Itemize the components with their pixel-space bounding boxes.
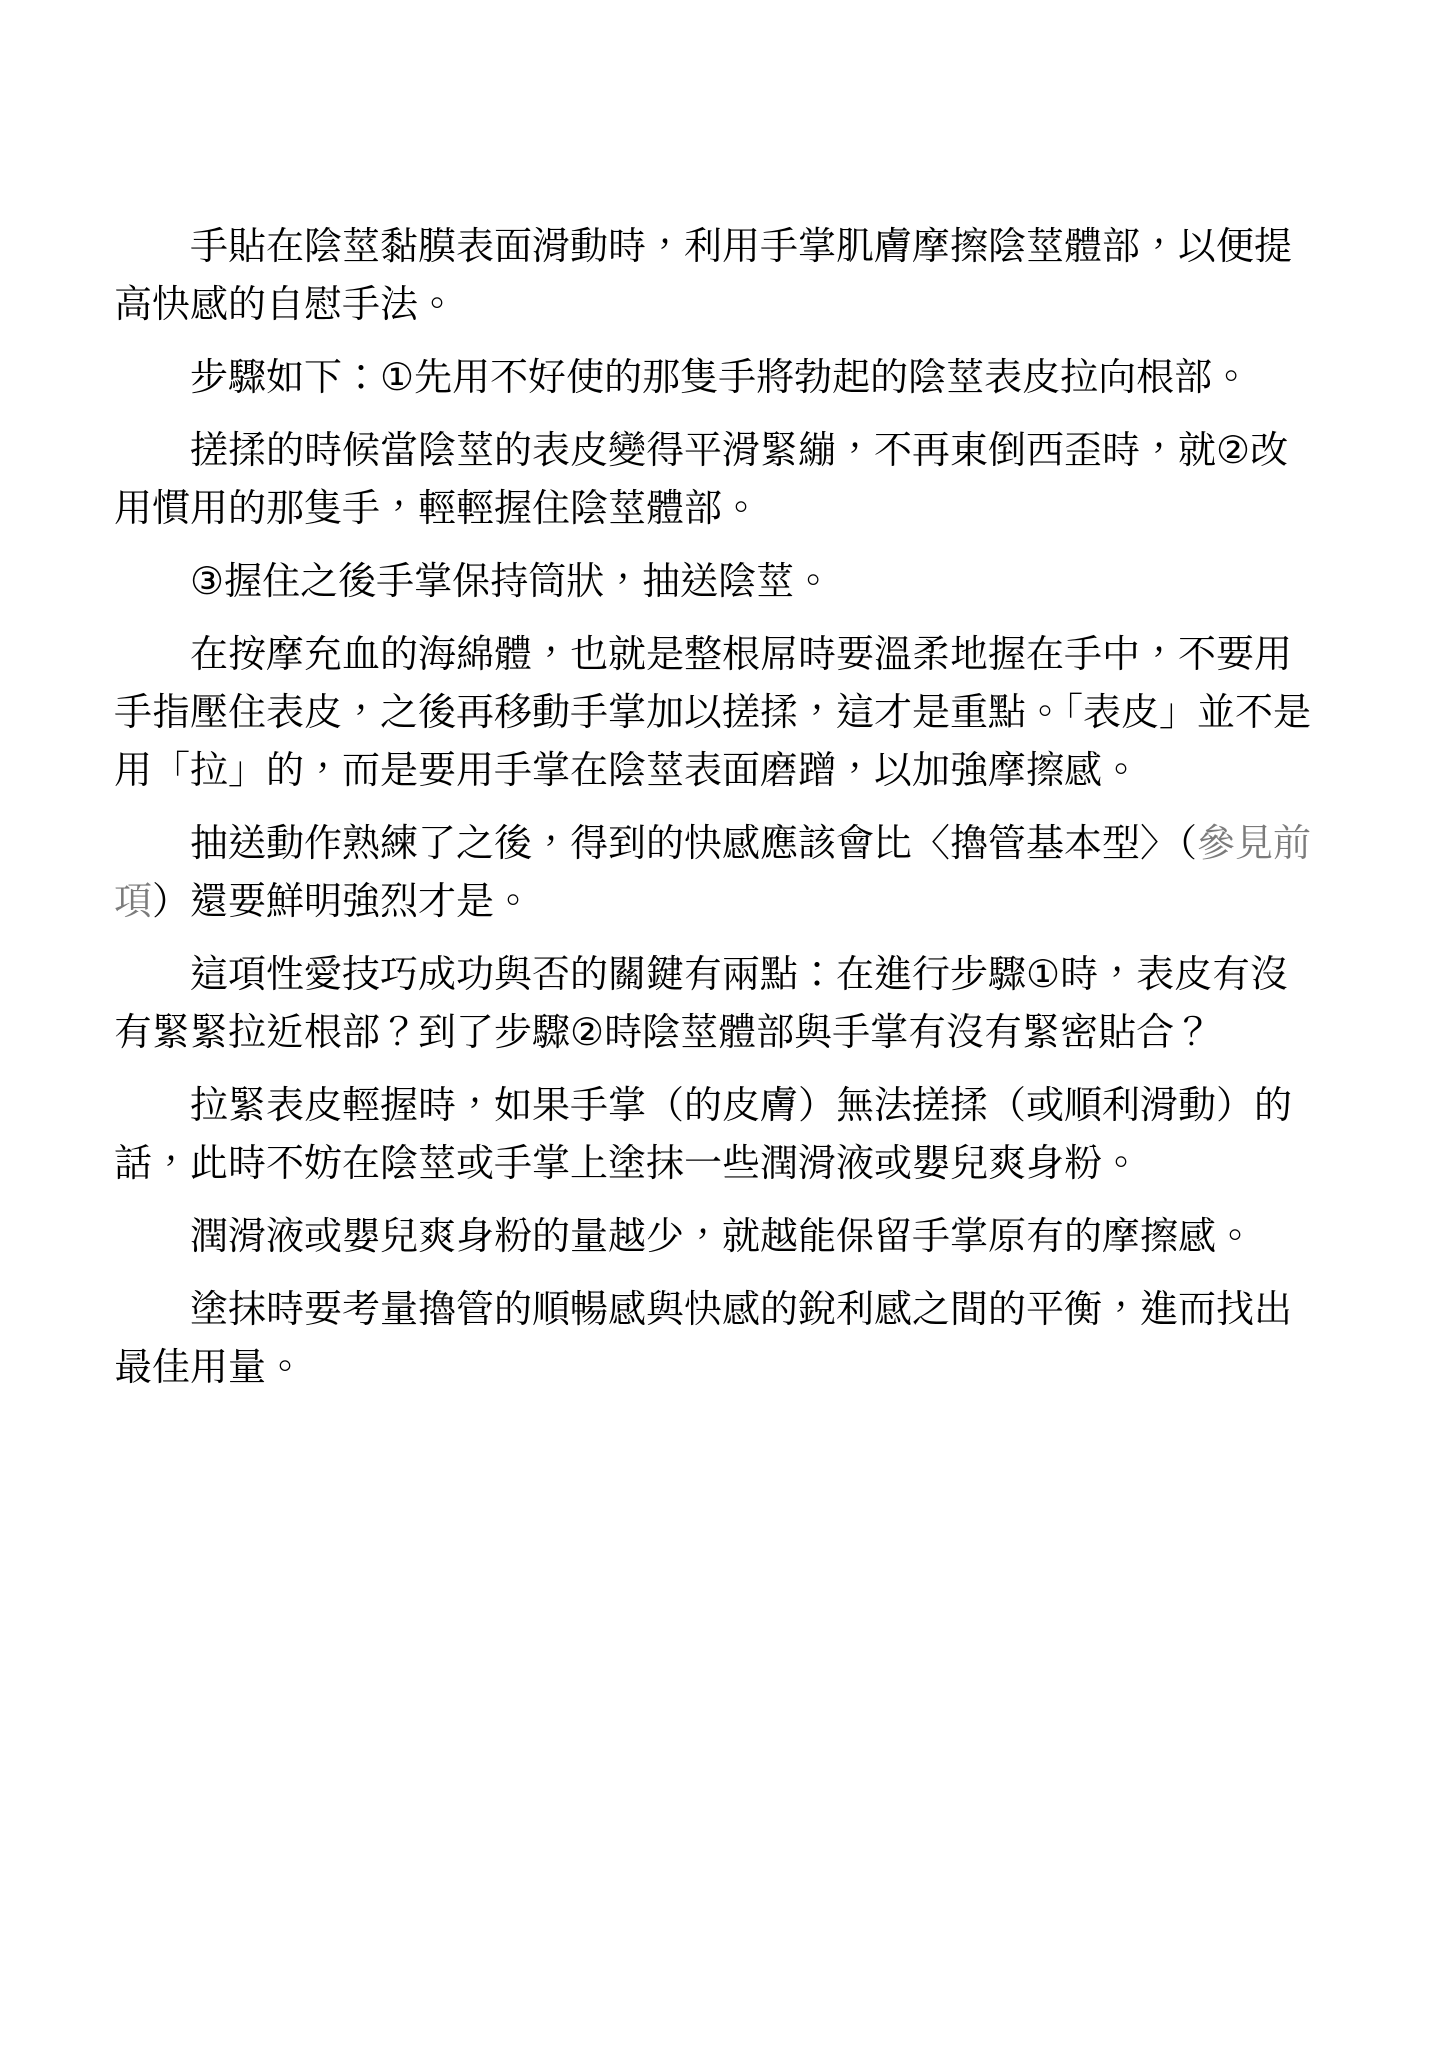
- paragraph: 在按摩充血的海綿體，也就是整根屌時要溫柔地握在手中，不要用手指壓住表皮，之後再移…: [114, 626, 1326, 800]
- text-run: 搓揉的時候當陰莖的表皮變得平滑緊繃，不再東倒西歪時，就②改用慣用的那隻手，輕輕握…: [114, 430, 1288, 530]
- text-run: 在按摩充血的海綿體，也就是整根屌時要溫柔地握在手中，不要用手指壓住表皮，之後再移…: [114, 634, 1311, 792]
- paragraph: 這項性愛技巧成功與否的關鍵有兩點：在進行步驟①時，表皮有沒有緊緊拉近根部？到了步…: [114, 946, 1326, 1062]
- paragraph: 塗抹時要考量擼管的順暢感與快感的銳利感之間的平衡，進而找出最佳用量。: [114, 1281, 1326, 1397]
- paragraph: ③握住之後手掌保持筒狀，抽送陰莖。: [114, 553, 1326, 611]
- paragraph: 步驟如下：①先用不好使的那隻手將勃起的陰莖表皮拉向根部。: [114, 349, 1326, 407]
- text-run: 拉緊表皮輕握時，如果手掌（的皮膚）無法搓揉（或順利滑動）的話，此時不妨在陰莖或手…: [114, 1085, 1292, 1185]
- paragraph: 拉緊表皮輕握時，如果手掌（的皮膚）無法搓揉（或順利滑動）的話，此時不妨在陰莖或手…: [114, 1077, 1326, 1193]
- text-run: 這項性愛技巧成功與否的關鍵有兩點：在進行步驟①時，表皮有沒有緊緊拉近根部？到了步…: [114, 954, 1288, 1054]
- text-run: ③握住之後手掌保持筒狀，抽送陰莖。: [190, 561, 832, 603]
- text-run: 潤滑液或嬰兒爽身粉的量越少，就越能保留手掌原有的摩擦感。: [190, 1216, 1254, 1258]
- text-run: 手貼在陰莖黏膜表面滑動時，利用手掌肌膚摩擦陰莖體部，以便提高快感的自慰手法。: [114, 226, 1292, 326]
- text-run: 抽送動作熟練了之後，得到的快感應該會比〈擼管基本型〉（: [190, 823, 1197, 865]
- paragraph: 抽送動作熟練了之後，得到的快感應該會比〈擼管基本型〉（參見前項）還要鮮明強烈才是…: [114, 815, 1326, 931]
- text-content: 手貼在陰莖黏膜表面滑動時，利用手掌肌膚摩擦陰莖體部，以便提高快感的自慰手法。步驟…: [0, 0, 1446, 1397]
- paragraph: 潤滑液或嬰兒爽身粉的量越少，就越能保留手掌原有的摩擦感。: [114, 1208, 1326, 1266]
- paragraph: 手貼在陰莖黏膜表面滑動時，利用手掌肌膚摩擦陰莖體部，以便提高快感的自慰手法。: [114, 218, 1326, 334]
- text-run: 塗抹時要考量擼管的順暢感與快感的銳利感之間的平衡，進而找出最佳用量。: [114, 1289, 1292, 1389]
- paragraph: 搓揉的時候當陰莖的表皮變得平滑緊繃，不再東倒西歪時，就②改用慣用的那隻手，輕輕握…: [114, 422, 1326, 538]
- text-run: 步驟如下：①先用不好使的那隻手將勃起的陰莖表皮拉向根部。: [190, 357, 1250, 399]
- text-run: ）還要鮮明強烈才是。: [152, 881, 532, 923]
- ebook-page: 手貼在陰莖黏膜表面滑動時，利用手掌肌膚摩擦陰莖體部，以便提高快感的自慰手法。步驟…: [0, 0, 1446, 2048]
